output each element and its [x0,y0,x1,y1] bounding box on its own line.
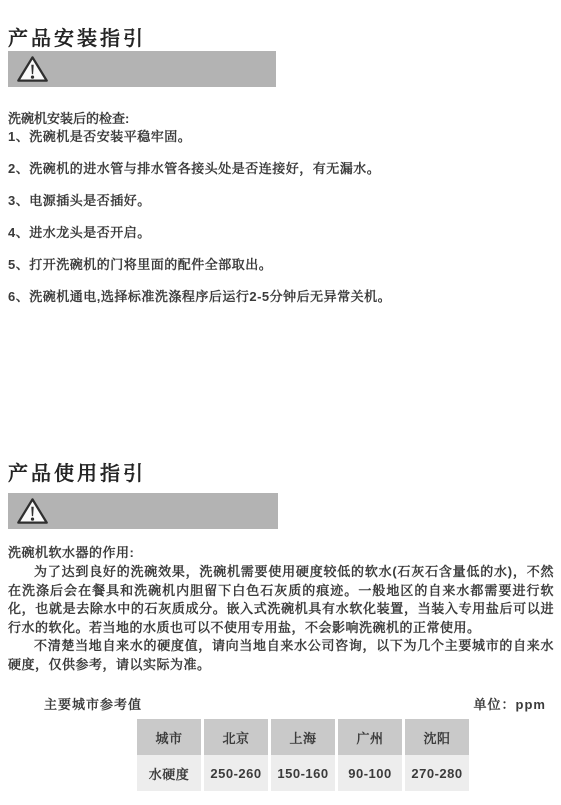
softener-heading: 洗碗机软水器的作用: [8,544,554,561]
header-cell-city: 城市 [137,719,201,755]
value-cell-beijing: 250-260 [204,755,268,791]
warning-triangle-icon [17,55,48,83]
warning-triangle-icon [17,497,48,525]
install-guide-title: 产品安装指引 [8,22,146,51]
table-data-row: 水硬度 250-260 150-160 90-100 270-280 [137,755,469,791]
manual-page: 产品安装指引 洗碗机安装后的检查: 1、洗碗机是否安装平稳牢固。 2、洗碗机的进… [0,0,561,805]
softener-paragraph-2: 不清楚当地自来水的硬度值，请向当地自来水公司咨询，以下为几个主要城市的自来水硬度… [8,637,554,674]
value-cell-guangzhou: 90-100 [338,755,402,791]
install-checklist: 洗碗机安装后的检查: 1、洗碗机是否安装平稳牢固。 2、洗碗机的进水管与排水管各… [8,111,553,321]
checklist-item-6: 6、洗碗机通电,选择标准洗涤程序后运行2-5分钟后无异常关机。 [8,289,553,304]
checklist-item-5: 5、打开洗碗机的门将里面的配件全部取出。 [8,257,553,272]
usage-guide-title: 产品使用指引 [8,457,146,486]
table-caption: 主要城市参考值 [44,694,142,713]
table-header-row: 城市 北京 上海 广州 沈阳 [137,719,469,755]
checklist-item-2: 2、洗碗机的进水管与排水管各接头处是否连接好，有无漏水。 [8,161,553,176]
header-cell-shenyang: 沈阳 [405,719,469,755]
row-label-hardness: 水硬度 [137,755,201,791]
value-cell-shenyang: 270-280 [405,755,469,791]
checklist-item-3: 3、电源插头是否插好。 [8,193,553,208]
checklist-heading: 洗碗机安装后的检查: [8,111,553,126]
header-cell-guangzhou: 广州 [338,719,402,755]
usage-warning-banner [8,493,278,529]
softener-text-block: 洗碗机软水器的作用: 为了达到良好的洗碗效果，洗碗机需要使用硬度较低的软水(石灰… [8,544,554,674]
water-hardness-table: 城市 北京 上海 广州 沈阳 水硬度 250-260 150-160 90-10… [134,719,472,791]
checklist-item-1: 1、洗碗机是否安装平稳牢固。 [8,129,553,144]
header-cell-beijing: 北京 [204,719,268,755]
softener-paragraph-1: 为了达到良好的洗碗效果，洗碗机需要使用硬度较低的软水(石灰石含量低的水)，不然在… [8,563,554,637]
table-unit-label: 单位：ppm [474,694,546,713]
header-cell-shanghai: 上海 [271,719,335,755]
checklist-item-4: 4、进水龙头是否开启。 [8,225,553,240]
install-warning-banner [8,51,276,87]
value-cell-shanghai: 150-160 [271,755,335,791]
